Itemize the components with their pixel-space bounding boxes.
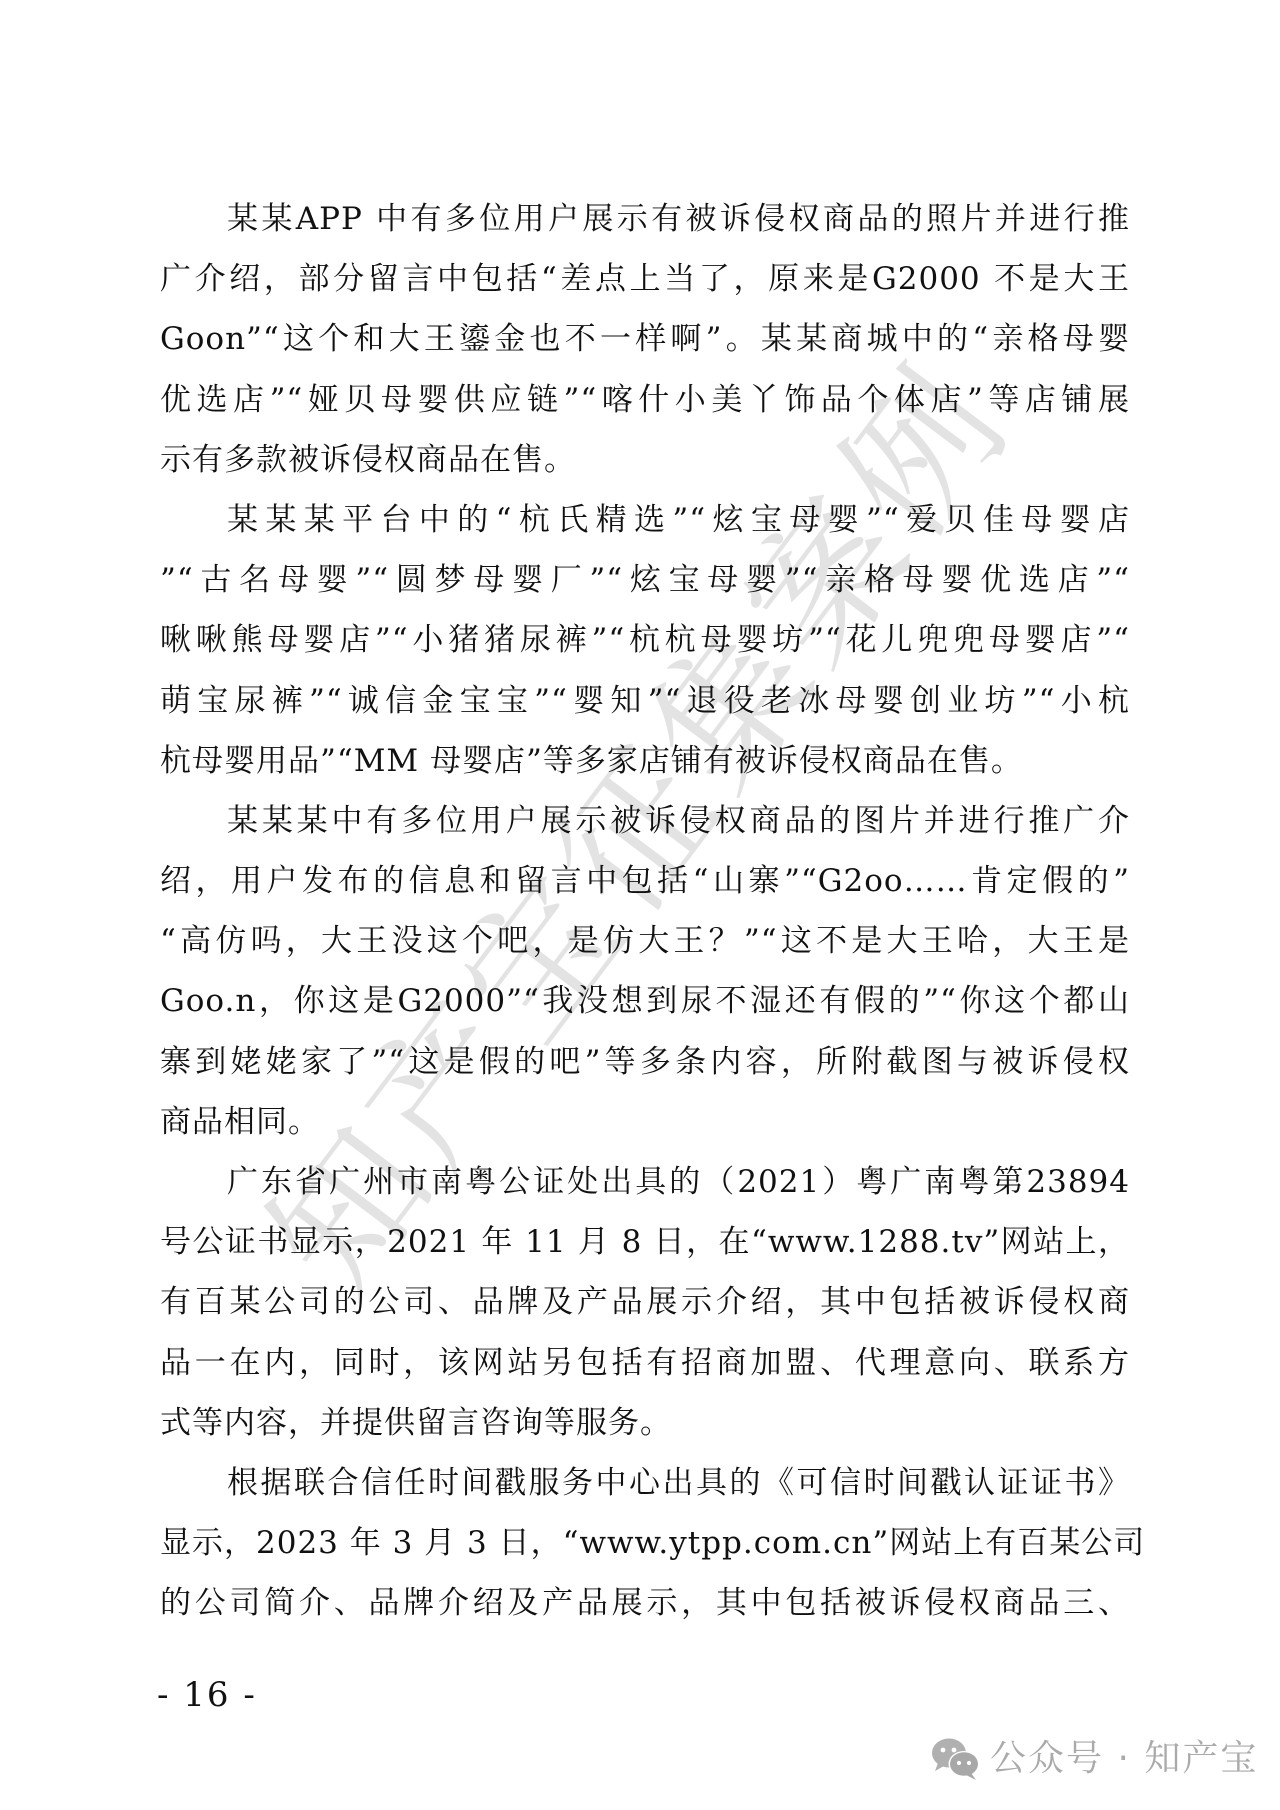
- text-line: 商品相同。: [160, 1092, 1130, 1152]
- text-line: Goo.n，你这是G2000”“我没想到尿不湿还有假的”“你这个都山: [160, 971, 1130, 1031]
- text-line: 式等内容，并提供留言咨询等服务。: [160, 1393, 1130, 1453]
- text-line: 号公证书显示，2021 年 11 月 8 日，在“www.1288.tv”网站上…: [160, 1212, 1130, 1272]
- text-line: 寨到姥姥家了”“这是假的吧”等多条内容，所附截图与被诉侵权: [160, 1032, 1130, 1092]
- wechat-account-watermark: 公众号 · 知产宝: [930, 1736, 1258, 1782]
- text-line: 萌宝尿裤”“诚信金宝宝”“婴知”“退役老冰母婴创业坊”“小杭: [160, 671, 1130, 731]
- wechat-icon: [930, 1736, 982, 1782]
- text-line: 示有多款被诉侵权商品在售。: [160, 430, 1130, 490]
- text-line: 某某某中有多位用户展示被诉侵权商品的图片并进行推广介: [160, 791, 1130, 851]
- text-line: 显示，2023 年 3 月 3 日，“www.ytpp.com.cn”网站上有百…: [160, 1513, 1130, 1573]
- paragraph-user-comments: 某某某中有多位用户展示被诉侵权商品的图片并进行推广介 绍，用户发布的信息和留言中…: [160, 791, 1130, 1152]
- text-line: “高仿吗，大王没这个吧，是仿大王？”“这不是大王哈，大王是: [160, 911, 1130, 971]
- document-body: 某某APP 中有多位用户展示有被诉侵权商品的照片并进行推 广介绍，部分留言中包括…: [160, 189, 1130, 1634]
- text-line: 根据联合信任时间戳服务中心出具的《可信时间戳认证证书》: [160, 1453, 1130, 1513]
- text-line: 优选店”“娅贝母婴供应链”“喀什小美丫饰品个体店”等店铺展: [160, 370, 1130, 430]
- text-line: 某某APP 中有多位用户展示有被诉侵权商品的照片并进行推: [160, 189, 1130, 249]
- text-line: 啾啾熊母婴店”“小猪猪尿裤”“杭杭母婴坊”“花儿兜兜母婴店”“: [160, 610, 1130, 670]
- text-line: 品一在内，同时，该网站另包括有招商加盟、代理意向、联系方: [160, 1333, 1130, 1393]
- text-line: 的公司简介、品牌介绍及产品展示，其中包括被诉侵权商品三、: [160, 1573, 1130, 1633]
- text-line: 绍，用户发布的信息和留言中包括“山寨”“G2oo……肯定假的”: [160, 851, 1130, 911]
- text-line: 广介绍，部分留言中包括“差点上当了，原来是G2000 不是大王: [160, 249, 1130, 309]
- text-line: ”“古名母婴”“圆梦母婴厂”“炫宝母婴”“亲格母婴优选店”“: [160, 550, 1130, 610]
- text-line: 广东省广州市南粤公证处出具的（2021）粤广南粤第23894: [160, 1152, 1130, 1212]
- wechat-account-name: 公众号 · 知产宝: [990, 1736, 1258, 1782]
- document-page: 知产宝征集案例 某某APP 中有多位用户展示有被诉侵权商品的照片并进行推 广介绍…: [0, 0, 1280, 1810]
- paragraph-timestamp-certificate: 根据联合信任时间戳服务中心出具的《可信时间戳认证证书》 显示，2023 年 3 …: [160, 1453, 1130, 1634]
- paragraph-notary-certificate: 广东省广州市南粤公证处出具的（2021）粤广南粤第23894 号公证书显示，20…: [160, 1152, 1130, 1453]
- text-line: Goon”“这个和大王鎏金也不一样啊”。某某商城中的“亲格母婴: [160, 309, 1130, 369]
- text-line: 有百某公司的公司、品牌及产品展示介绍，其中包括被诉侵权商: [160, 1272, 1130, 1332]
- paragraph-platform-stores: 某某某平台中的“杭氏精选”“炫宝母婴”“爱贝佳母婴店 ”“古名母婴”“圆梦母婴厂…: [160, 490, 1130, 791]
- page-number: - 16 -: [157, 1673, 257, 1717]
- paragraph-app-users: 某某APP 中有多位用户展示有被诉侵权商品的照片并进行推 广介绍，部分留言中包括…: [160, 189, 1130, 490]
- text-line: 杭母婴用品”“MM 母婴店”等多家店铺有被诉侵权商品在售。: [160, 731, 1130, 791]
- text-line: 某某某平台中的“杭氏精选”“炫宝母婴”“爱贝佳母婴店: [160, 490, 1130, 550]
